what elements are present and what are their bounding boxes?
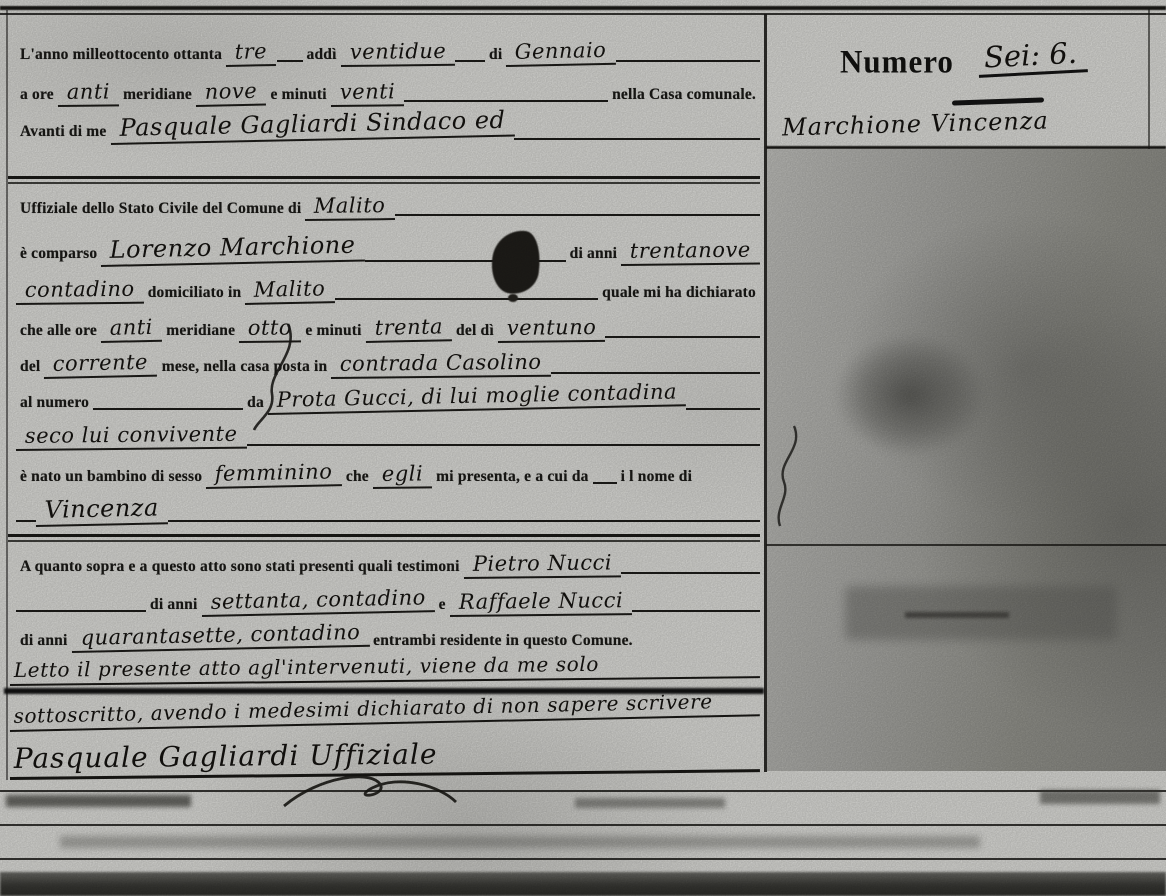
printed-text: Avanti di me [16,123,111,141]
numero-underline [952,97,1044,105]
handwritten-cohabiting: seco lui convivente [16,422,247,451]
form-line-birth-time: che alle ore anti meridiane otto e minut… [16,316,760,343]
printed-text: che [342,468,373,486]
scan-smudge [6,795,191,807]
handwritten-mother-name: Prota Gucci, di lui moglie contadina [267,379,686,415]
numero-label: Numero [840,43,954,81]
blank-rule [335,298,598,300]
printed-text: A quanto sopra e a questo atto sono stat… [16,558,464,576]
handwritten-witness-1-name: Pietro Nucci [463,550,620,579]
margin-mid-rule [766,544,1166,546]
printed-text: di [485,46,506,64]
printed-text: domiciliato in [144,284,246,302]
section-rule-3 [8,534,760,537]
handwritten-month-ref: corrente [44,350,158,379]
blank-rule [404,100,608,102]
left-border-line [6,10,8,780]
printed-text: di anni [146,596,202,614]
scan-dark-blotch [835,335,985,455]
section-rule [8,176,760,179]
printed-text: da [243,394,268,412]
handwritten-declarant-name: Lorenzo Marchione [101,230,365,267]
handwritten-hour: nove [195,79,266,107]
handwritten-witness-2-age: quarantasette, contadino [71,620,369,653]
blank-rule [593,482,617,484]
printed-text: Uffiziale dello Stato Civile del Comune … [16,200,305,218]
printed-text: di anni [566,245,622,263]
form-line-child-name: Vincenza [16,496,760,527]
form-line-declarant: è comparso Lorenzo Marchione di anni tre… [16,236,760,267]
form-line-hour: a ore anti meridiane nove e minuti venti… [16,80,760,107]
margin-child-name-handwritten: Marchione Vincenza [782,107,1049,142]
form-line-official: Avanti di me Pasquale Gagliardi Sindaco … [16,114,760,145]
handwritten-witness-1-age: settanta, contadino [201,585,435,617]
form-line-mother: al numero da Prota Gucci, di lui moglie … [16,388,760,415]
printed-text: che alle ore [16,322,101,340]
birth-record-scan: Numero Sei: 6. Marchione Vincenza L'anno… [0,0,1166,896]
printed-text: i l nome di [617,468,697,486]
handwritten-comune: Malito [305,193,395,221]
section-rule-2 [8,182,760,184]
blank-rule [632,610,760,612]
closing-line-1-handwritten: Letto il presente atto agl'intervenuti, … [10,650,760,686]
blank-rule [514,138,760,140]
printed-text: entrambi residente in questo Comune. [369,632,637,650]
closing-line-2-handwritten: sottoscritto, avendo i medesimi dichiara… [9,688,759,732]
printed-text: del [16,358,44,376]
form-line-sex: è nato un bambino di sesso femminino che… [16,462,760,489]
printed-text: meridiane [162,322,239,340]
printed-text: L'anno milleottocento ottanta [16,46,226,64]
faded-stamp-underline [905,612,1009,618]
handwritten-child-name: Vincenza [35,493,168,527]
handwritten-residence: Malito [245,276,335,305]
handwritten-presenter: egli [373,461,433,489]
printed-text: e minuti [301,322,365,340]
handwritten-witness-2-name: Raffaele Nucci [449,588,632,617]
printed-text: del dì [452,322,498,340]
printed-text: addì [303,46,341,64]
blank-rule [247,444,760,446]
handwritten-birth-hour: otto [239,315,301,343]
printed-text: meridiane [119,86,196,104]
printed-text: mese, nella casa posta in [158,358,332,376]
blank-rule [621,572,760,574]
printed-text: al numero [16,394,93,412]
printed-text: e [435,596,450,614]
blank-rule [455,60,485,62]
form-line-residence: contadino domiciliato in Malito quale mi… [16,278,760,305]
form-line-witness-2-age: di anni quarantasette, contadino entramb… [16,626,760,653]
form-line-birth-place: del corrente mese, nella casa posta in c… [16,352,760,379]
printed-text: nella Casa comunale. [608,86,760,104]
handwritten-profession: contadino [16,277,144,305]
bottom-rule-1 [0,790,1166,792]
bottom-rule-3 [0,858,1166,860]
form-line-cohabiting: seco lui convivente [16,424,760,451]
ink-dot [508,294,518,302]
handwritten-official-name: Pasquale Gagliardi Sindaco ed [110,106,514,145]
handwritten-year: tre [226,39,277,67]
form-line-witness-1-age: di anni settanta, contadino e Raffaele N… [16,590,760,617]
scan-smudge [1040,790,1160,804]
printed-text: a ore [16,86,58,104]
blank-rule [686,408,760,410]
printed-text: e minuti [267,86,331,104]
bottom-rule-2 [0,824,1166,826]
handwritten-day: ventidue [340,39,455,67]
form-line-year-date: L'anno milleottocento ottanta tre addì v… [16,40,760,67]
printed-text: quale mi ha dichiarato [598,284,760,302]
handwritten-declarant-age: trentanove [621,238,760,266]
printed-text: mi presenta, e a cui da [432,468,592,486]
blank-rule [93,408,243,410]
handwritten-birth-minutes: trenta [365,314,452,343]
form-line-witness-1: A quanto sopra e a questo atto sono stat… [16,552,760,579]
handwritten-meridiane-2: anti [100,315,162,343]
blank-rule [16,610,146,612]
handwritten-birth-day: ventuno [498,315,606,343]
bottom-scan-band [0,872,1166,896]
blank-rule [605,336,760,338]
blank-rule [277,60,303,62]
section-rule-4 [8,540,760,542]
form-line-comune: Uffiziale dello Stato Civile del Comune … [16,194,760,221]
top-border-rule [0,6,1166,10]
printed-text: di anni [16,632,72,650]
blank-rule [616,60,760,62]
scan-smudge [575,798,725,808]
handwritten-minutes: venti [331,79,405,107]
scan-grey-area [767,149,1166,771]
blank-rule [168,520,760,522]
blank-rule [16,520,36,522]
printed-text: è nato un bambino di sesso [16,468,206,486]
official-signature: Pasquale Gagliardi Uffiziale [10,734,760,780]
handwritten-meridiane: anti [58,79,119,107]
numero-value-handwritten: Sei: 6. [977,35,1088,78]
handwritten-contrada: contrada Casolino [331,350,551,379]
blank-rule [395,214,760,216]
scan-smudge [60,836,980,848]
top-border-rule-2 [0,13,1166,15]
printed-text: è comparso [16,245,101,263]
handwritten-sex: femminino [206,459,342,489]
handwritten-month: Gennaio [506,38,616,67]
blank-rule [551,372,760,374]
